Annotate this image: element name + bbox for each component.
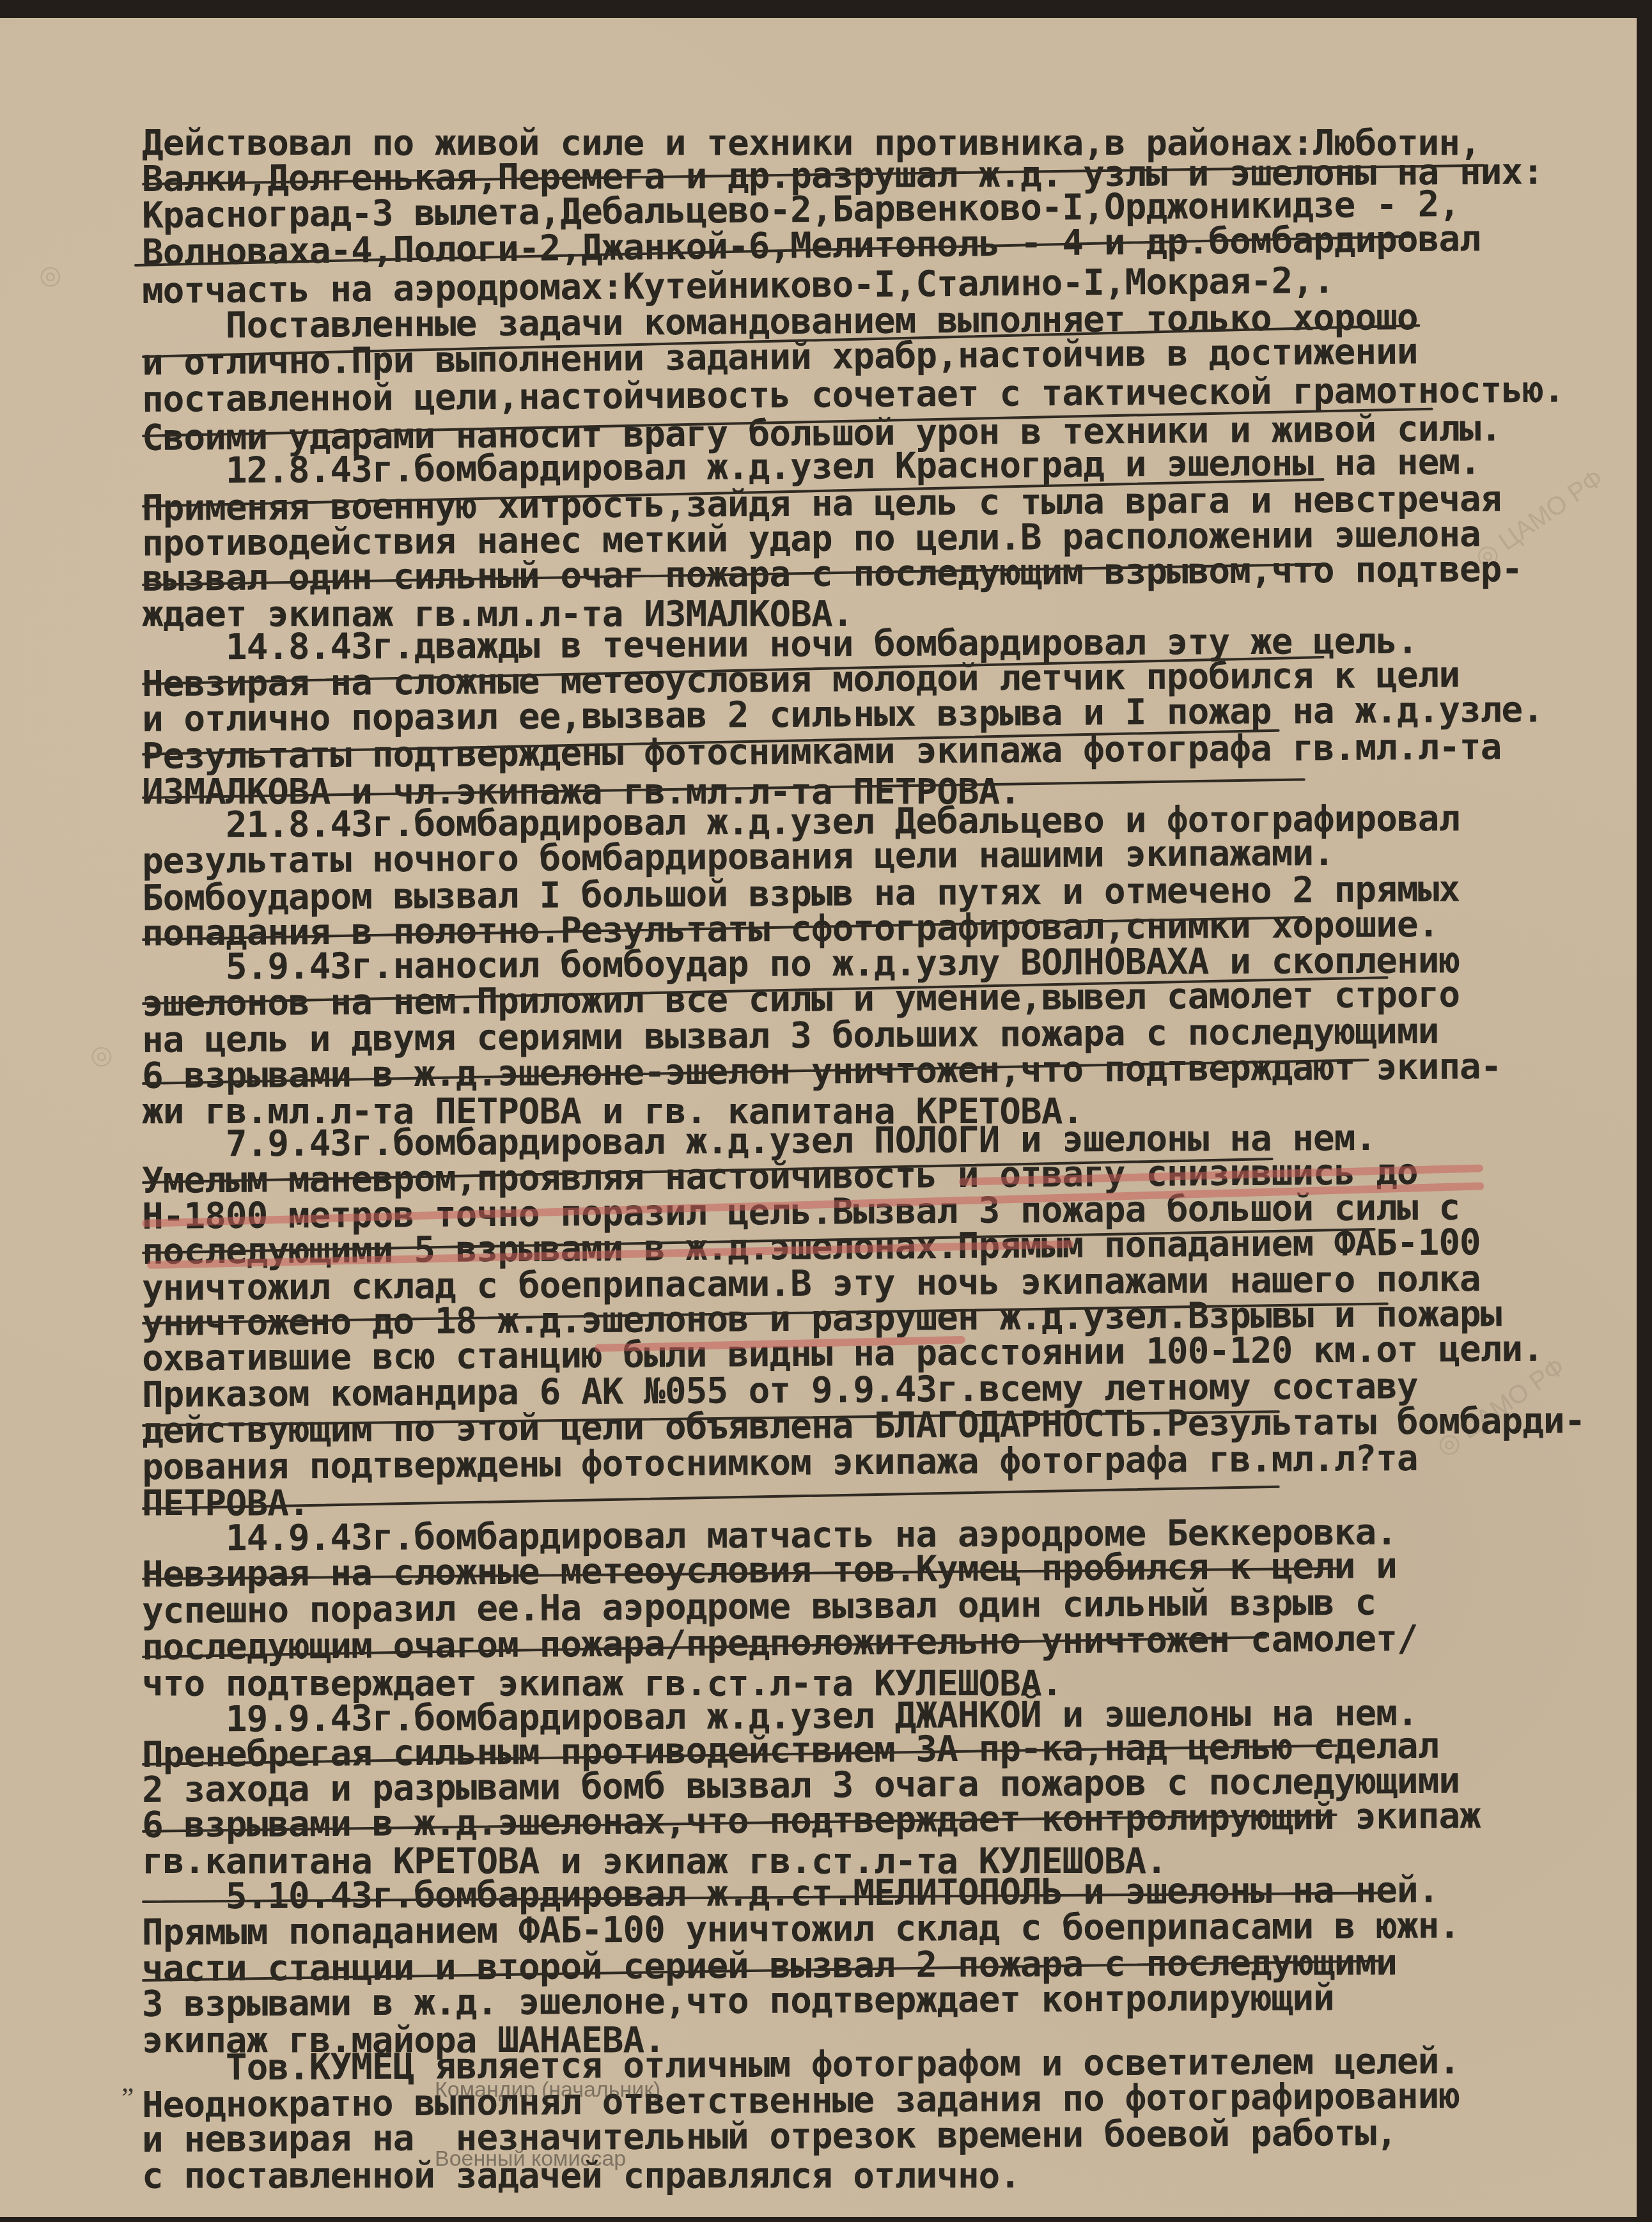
text-line: 3 взрывами в ж.д. эшелоне,что подтвержда… [142, 1980, 1334, 2023]
date-open-quote: „ [121, 2066, 134, 2099]
archive-watermark: ◎ [32, 257, 67, 294]
pen-underline [142, 1486, 1280, 1510]
text-line: Результаты подтверждены фотоснимками эки… [142, 729, 1502, 775]
archive-watermark: ◎ [83, 1037, 118, 1074]
text-line: рования подтверждены фотоснимком экипажа… [142, 1441, 1418, 1486]
document-page: ◎ ◎ ЦАМО РФ ◎ ЦАМО РФ ◎ Действовал по жи… [0, 18, 1637, 2217]
form-label-commissar: Военный комиссар [435, 2147, 626, 2171]
text-line: последующим очагом пожара/предположитель… [142, 1621, 1418, 1666]
text-line: и невзирая на незначительный отрезок вре… [142, 2116, 1397, 2158]
text-line: ПЕТРОВА. [142, 1486, 309, 1521]
form-label-commander: Командир (начальник) [435, 2078, 660, 2102]
text-line: вызвал один сильный очаг пожара с послед… [142, 552, 1523, 597]
